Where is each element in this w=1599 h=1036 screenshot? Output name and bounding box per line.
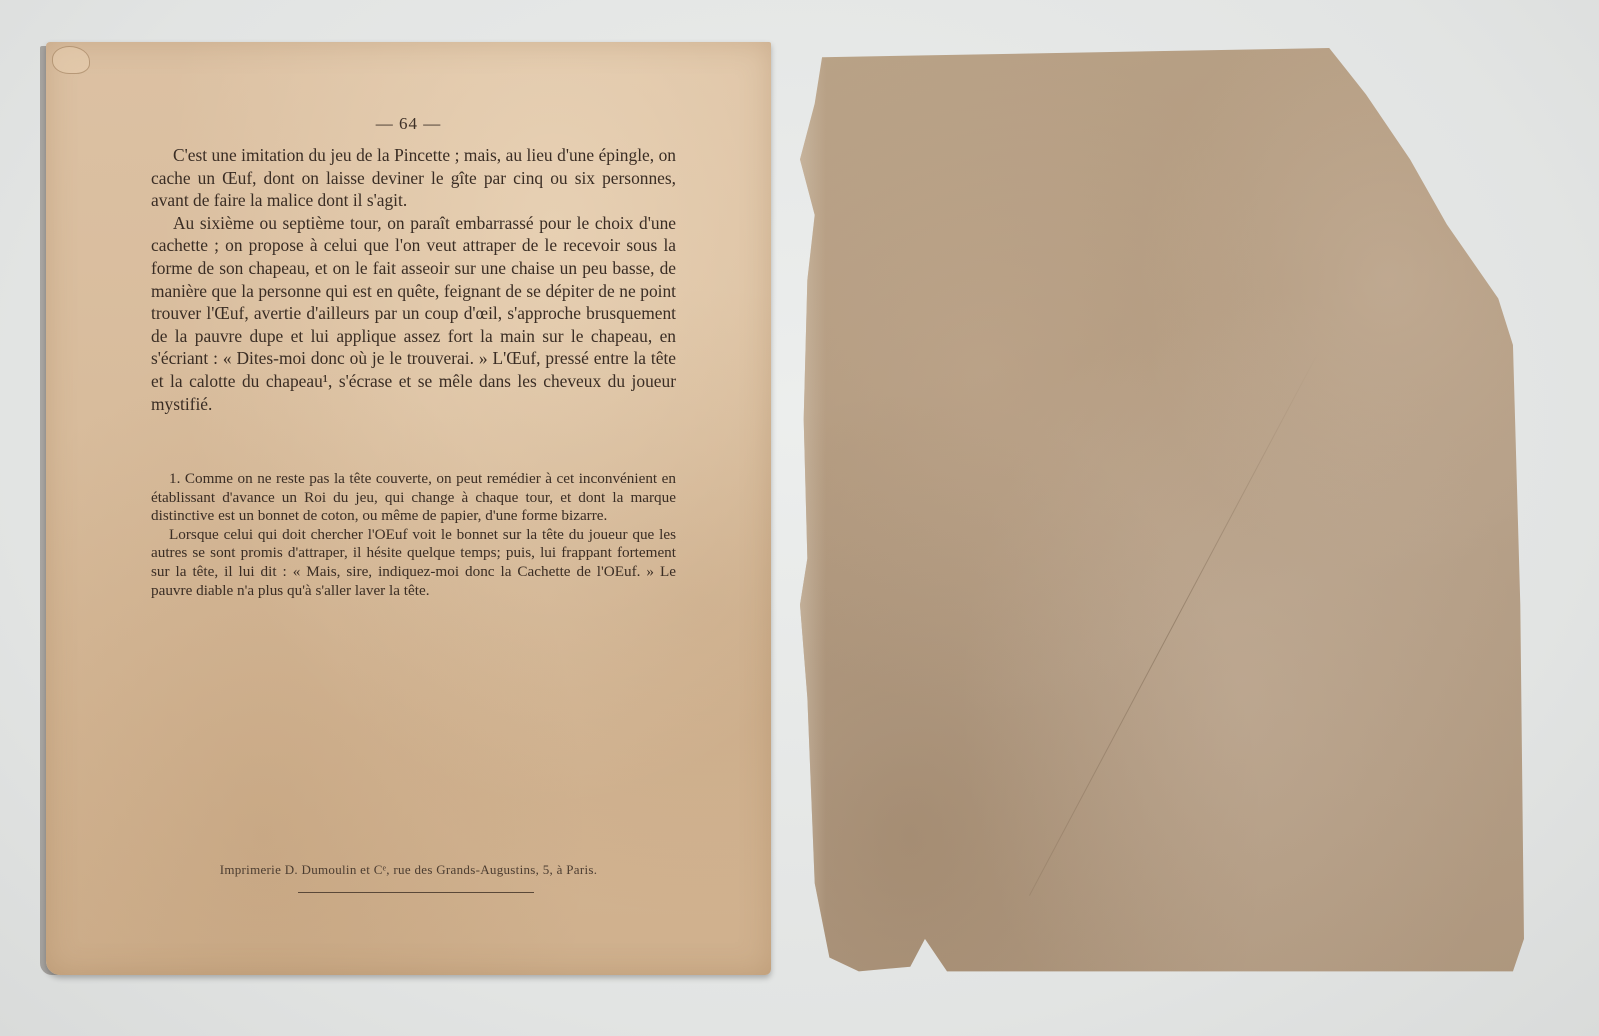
footnote-paragraph: 1. Comme on ne reste pas la tête couvert… (151, 470, 676, 526)
fold-crease (1029, 348, 1321, 896)
left-page: — 64 — C'est une imitation du jeu de la … (46, 42, 771, 975)
footnote: 1. Comme on ne reste pas la tête couvert… (151, 470, 676, 600)
footnote-paragraph: Lorsque celui qui doit chercher l'OEuf v… (151, 526, 676, 600)
right-page (800, 48, 1535, 976)
imprint-rule (298, 892, 534, 893)
page-number: — 64 — (46, 114, 771, 134)
paragraph: Au sixième ou septième tour, on paraît e… (151, 212, 676, 415)
printer-imprint: Imprimerie D. Dumoulin et Cᵉ, rue des Gr… (46, 862, 771, 878)
main-text: C'est une imitation du jeu de la Pincett… (151, 144, 676, 415)
paragraph: C'est une imitation du jeu de la Pincett… (151, 144, 676, 212)
